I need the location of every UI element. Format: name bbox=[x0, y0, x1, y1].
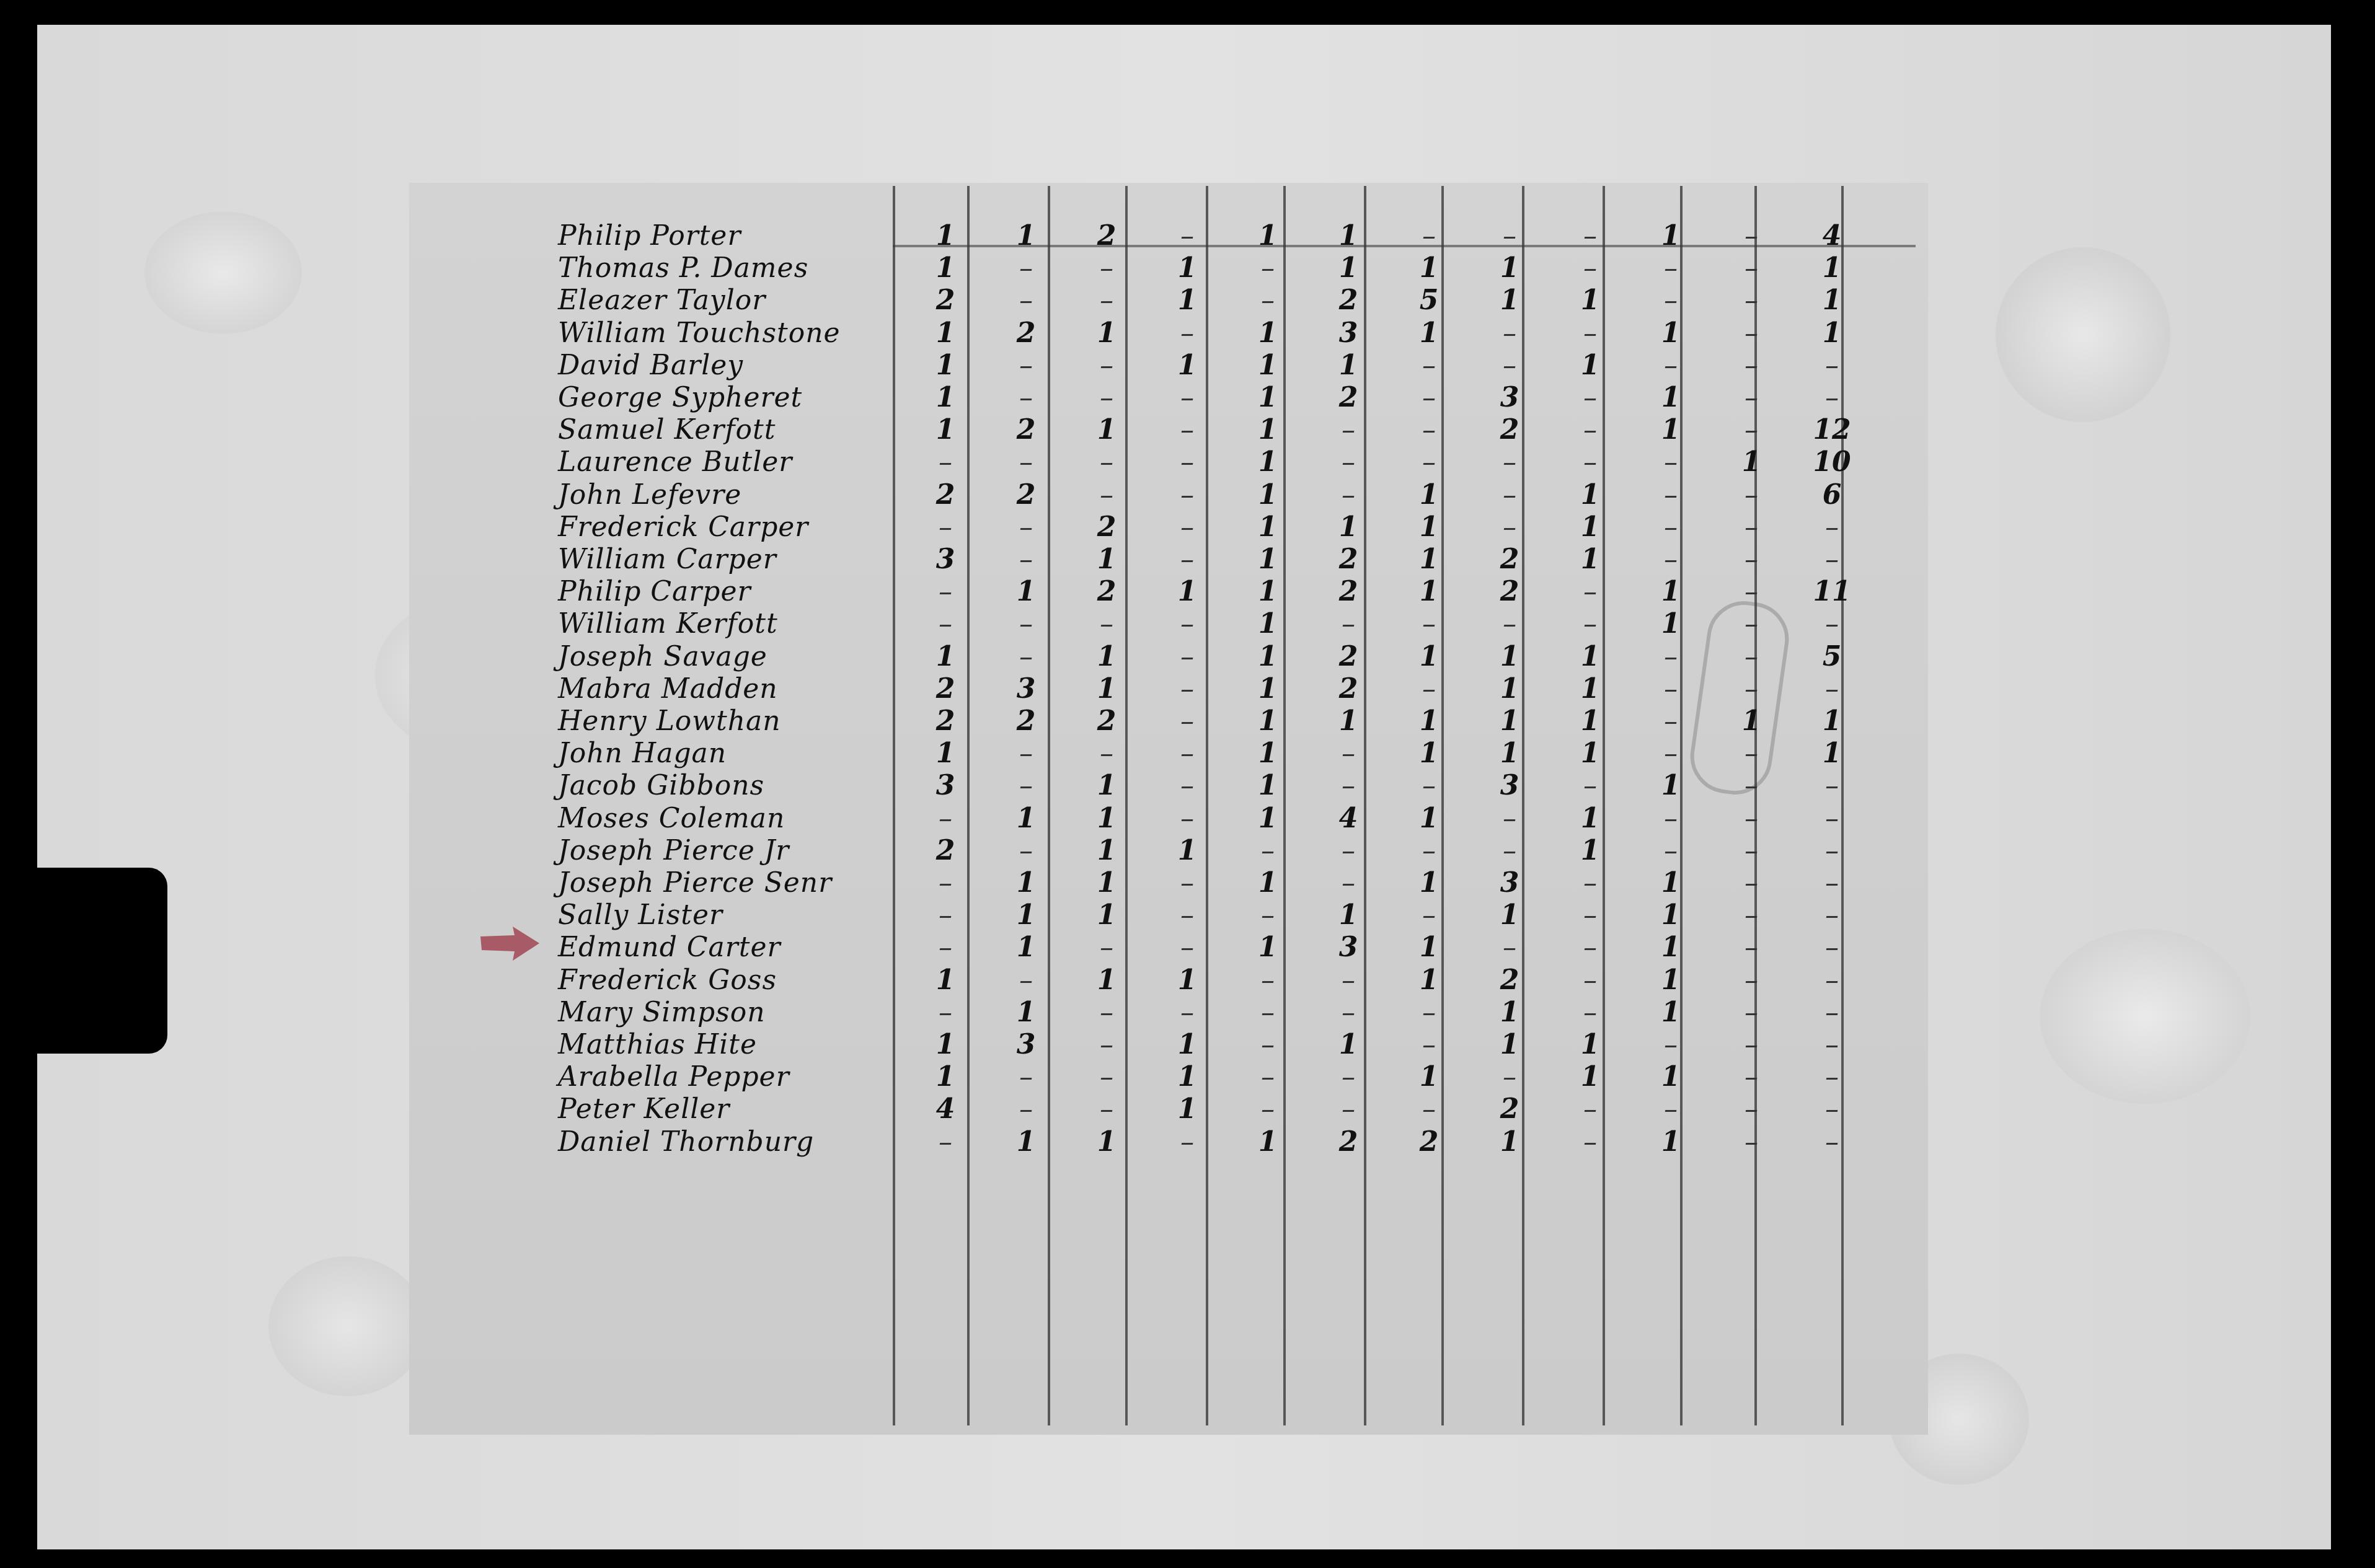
tally-cell: – bbox=[1711, 641, 1792, 673]
tally-cell: – bbox=[986, 964, 1066, 997]
tally-cell: 1 bbox=[1550, 284, 1630, 317]
table-row: Joseph Pierce Jr2–11––––1––– bbox=[558, 835, 1922, 867]
table-row: Thomas P. Dames1––1–111–––1 bbox=[558, 252, 1922, 284]
tally-cell: – bbox=[1792, 1093, 1872, 1125]
tally-cell: 1 bbox=[1066, 899, 1147, 932]
tally-cell: – bbox=[1469, 932, 1550, 964]
tally-cell: – bbox=[1550, 252, 1630, 284]
tally-cell: – bbox=[1792, 1029, 1872, 1061]
tally-cell: – bbox=[905, 899, 986, 932]
tally-cell: 1 bbox=[1550, 803, 1630, 835]
tally-cell: – bbox=[1550, 997, 1630, 1029]
census-table: Philip Porter112–11–––1–4Thomas P. Dames… bbox=[558, 186, 1922, 1425]
tally-cell: – bbox=[1792, 770, 1872, 802]
household-name: Philip Porter bbox=[558, 220, 893, 252]
tally-cell: – bbox=[905, 932, 986, 964]
tally-cell: – bbox=[1227, 997, 1308, 1029]
tally-cell: 1 bbox=[1227, 414, 1308, 446]
tally-cell: – bbox=[905, 446, 986, 478]
tally-cell: 1 bbox=[1227, 382, 1308, 414]
tally-cell: 1 bbox=[905, 382, 986, 414]
tally-cell: – bbox=[1147, 220, 1227, 252]
tally-cell: – bbox=[1308, 414, 1389, 446]
tally-cell: – bbox=[1550, 414, 1630, 446]
table-row: Sally Lister–11––1–1–1–– bbox=[558, 899, 1922, 932]
tally-cell: – bbox=[1469, 350, 1550, 382]
table-row: Arabella Pepper1––1––1–11–– bbox=[558, 1061, 1922, 1093]
tally-cell: 1 bbox=[905, 350, 986, 382]
tally-cell: 3 bbox=[986, 1029, 1066, 1061]
tally-cell: – bbox=[1147, 738, 1227, 770]
tally-cell: 1 bbox=[1227, 220, 1308, 252]
tally-cell: 4 bbox=[905, 1093, 986, 1125]
tally-cell: – bbox=[1711, 770, 1792, 802]
household-name: George Sypheret bbox=[558, 382, 893, 414]
tally-cell: 1 bbox=[1630, 1126, 1711, 1158]
tally-cell: 3 bbox=[905, 770, 986, 802]
tally-cell: 1 bbox=[1550, 511, 1630, 544]
tally-cell: 1 bbox=[1792, 252, 1872, 284]
tally-cell: – bbox=[1147, 867, 1227, 899]
tally-cell: 1 bbox=[1308, 350, 1389, 382]
household-name: Jacob Gibbons bbox=[558, 770, 893, 802]
tally-cell: – bbox=[1389, 997, 1469, 1029]
tally-cell: – bbox=[1389, 220, 1469, 252]
tally-cell: – bbox=[1147, 1126, 1227, 1158]
tally-cell: – bbox=[1711, 350, 1792, 382]
tally-cell: 1 bbox=[1630, 997, 1711, 1029]
tally-cell: 1 bbox=[1308, 705, 1389, 738]
household-name: Arabella Pepper bbox=[558, 1061, 893, 1093]
tally-cell: 4 bbox=[1792, 220, 1872, 252]
household-name: William Carper bbox=[558, 544, 893, 576]
tally-cell: – bbox=[1389, 673, 1469, 705]
tally-cell: – bbox=[905, 511, 986, 544]
tally-cell: – bbox=[1066, 479, 1147, 511]
table-row: Joseph Savage1–1–12111––5 bbox=[558, 641, 1922, 673]
tally-cell: 1 bbox=[1066, 867, 1147, 899]
tally-cell: 1 bbox=[1227, 770, 1308, 802]
tally-cell: – bbox=[1630, 1029, 1711, 1061]
tally-cell: – bbox=[1792, 899, 1872, 932]
tally-cell: 1 bbox=[1227, 1126, 1308, 1158]
tally-cell: – bbox=[1630, 446, 1711, 478]
tally-cell: – bbox=[986, 608, 1066, 640]
tally-cell: 1 bbox=[905, 1061, 986, 1093]
tally-cell: – bbox=[1147, 544, 1227, 576]
household-name: Eleazer Taylor bbox=[558, 284, 893, 317]
tally-cell: 1 bbox=[986, 867, 1066, 899]
tally-cell: 1 bbox=[1469, 673, 1550, 705]
tally-cell: – bbox=[1469, 446, 1550, 478]
tally-cell: – bbox=[1147, 803, 1227, 835]
tally-cell: – bbox=[1711, 1126, 1792, 1158]
tally-cell: – bbox=[1147, 997, 1227, 1029]
tally-cell: 1 bbox=[1711, 446, 1792, 478]
tally-cell: 1 bbox=[1227, 350, 1308, 382]
tally-cell: – bbox=[905, 997, 986, 1029]
household-name: Philip Carper bbox=[558, 576, 893, 608]
tally-cell: – bbox=[1066, 608, 1147, 640]
film-tab-notch bbox=[37, 868, 167, 1054]
tally-cell: 1 bbox=[905, 317, 986, 350]
tally-cell: 1 bbox=[1469, 1029, 1550, 1061]
tally-cell: 1 bbox=[1389, 932, 1469, 964]
tally-cell: 3 bbox=[1469, 770, 1550, 802]
tally-cell: – bbox=[1469, 511, 1550, 544]
tally-cell: – bbox=[1389, 1093, 1469, 1125]
tally-cell: – bbox=[1469, 1061, 1550, 1093]
tally-cell: – bbox=[1227, 1029, 1308, 1061]
tally-cell: 1 bbox=[1630, 964, 1711, 997]
tally-cell: 1 bbox=[1630, 1061, 1711, 1093]
table-row: Laurence Butler––––1–––––110 bbox=[558, 446, 1922, 478]
tally-cell: 1 bbox=[1066, 1126, 1147, 1158]
table-row: William Kerfott––––1––––1–– bbox=[558, 608, 1922, 640]
tally-cell: 1 bbox=[1792, 738, 1872, 770]
tally-cell: 1 bbox=[1227, 479, 1308, 511]
tally-cell: – bbox=[1792, 803, 1872, 835]
tally-cell: – bbox=[1711, 673, 1792, 705]
tally-cell: – bbox=[986, 544, 1066, 576]
tally-cell: – bbox=[1066, 446, 1147, 478]
tally-cell: – bbox=[1308, 479, 1389, 511]
tally-cell: – bbox=[1227, 899, 1308, 932]
table-row: Samuel Kerfott121–1––2–1–12 bbox=[558, 414, 1922, 446]
tally-cell: 1 bbox=[1630, 414, 1711, 446]
tally-cell: – bbox=[986, 446, 1066, 478]
tally-cell: – bbox=[986, 738, 1066, 770]
tally-cell: 1 bbox=[1469, 705, 1550, 738]
tally-cell: – bbox=[1147, 899, 1227, 932]
tally-cell: 3 bbox=[986, 673, 1066, 705]
tally-cell: 1 bbox=[1389, 705, 1469, 738]
tally-cell: 1 bbox=[986, 899, 1066, 932]
tally-cell: – bbox=[1550, 899, 1630, 932]
tally-cell: 1 bbox=[1147, 1093, 1227, 1125]
tally-cell: 1 bbox=[1227, 544, 1308, 576]
tally-cell: – bbox=[1792, 964, 1872, 997]
tally-cell: – bbox=[1711, 867, 1792, 899]
tally-cell: – bbox=[1792, 835, 1872, 867]
table-row: Moses Coleman–11–141–1––– bbox=[558, 803, 1922, 835]
tally-cell: – bbox=[1066, 284, 1147, 317]
tally-cell: – bbox=[1550, 867, 1630, 899]
tally-cell: – bbox=[1147, 414, 1227, 446]
table-row: John Hagan1–––1–111––1 bbox=[558, 738, 1922, 770]
household-name: Sally Lister bbox=[558, 899, 893, 932]
table-row: Daniel Thornburg–11–1221–1–– bbox=[558, 1126, 1922, 1158]
tally-cell: – bbox=[1469, 220, 1550, 252]
tally-cell: – bbox=[1389, 770, 1469, 802]
tally-cell: – bbox=[1711, 932, 1792, 964]
tally-cell: 1 bbox=[1227, 511, 1308, 544]
tally-cell: – bbox=[1711, 382, 1792, 414]
tally-cell: 1 bbox=[1147, 350, 1227, 382]
household-name: William Touchstone bbox=[558, 317, 893, 350]
tally-cell: – bbox=[1711, 220, 1792, 252]
table-row: Matthias Hite13–1–1–11––– bbox=[558, 1029, 1922, 1061]
tally-cell: 1 bbox=[1227, 446, 1308, 478]
table-row: Jacob Gibbons3–1–1––3–1–– bbox=[558, 770, 1922, 802]
tally-cell: 1 bbox=[1066, 964, 1147, 997]
table-row: David Barley1––111––1––– bbox=[558, 350, 1922, 382]
tally-cell: 1 bbox=[1630, 899, 1711, 932]
tally-cell: 2 bbox=[986, 479, 1066, 511]
tally-cell: 1 bbox=[1550, 705, 1630, 738]
tally-cell: – bbox=[1792, 932, 1872, 964]
tally-cell: – bbox=[1711, 835, 1792, 867]
tally-cell: 1 bbox=[905, 964, 986, 997]
tally-cell: 2 bbox=[1469, 1093, 1550, 1125]
household-name: Mabra Madden bbox=[558, 673, 893, 705]
household-name: Frederick Carper bbox=[558, 511, 893, 544]
tally-cell: – bbox=[1630, 511, 1711, 544]
tally-cell: 11 bbox=[1792, 576, 1872, 608]
tally-cell: 1 bbox=[1389, 641, 1469, 673]
tally-cell: 1 bbox=[1308, 220, 1389, 252]
tally-cell: – bbox=[1711, 738, 1792, 770]
tally-cell: – bbox=[1792, 350, 1872, 382]
tally-cell: – bbox=[1711, 252, 1792, 284]
tally-cell: 2 bbox=[1308, 284, 1389, 317]
tally-cell: 1 bbox=[905, 414, 986, 446]
tally-cell: 1 bbox=[1308, 252, 1389, 284]
household-name: John Hagan bbox=[558, 738, 893, 770]
tally-cell: 1 bbox=[1550, 1029, 1630, 1061]
tally-cell: – bbox=[1308, 446, 1389, 478]
tally-cell: 1 bbox=[1066, 835, 1147, 867]
tally-cell: 1 bbox=[1389, 544, 1469, 576]
tally-cell: – bbox=[1630, 284, 1711, 317]
tally-cell: – bbox=[1711, 414, 1792, 446]
tally-cell: 2 bbox=[905, 705, 986, 738]
tally-cell: – bbox=[1792, 673, 1872, 705]
tally-cell: – bbox=[1066, 997, 1147, 1029]
tally-cell: 3 bbox=[1308, 317, 1389, 350]
tally-cell: – bbox=[1308, 997, 1389, 1029]
table-row: Mary Simpson–1–––––1–1–– bbox=[558, 997, 1922, 1029]
tally-cell: 1 bbox=[905, 1029, 986, 1061]
tally-cell: – bbox=[1389, 1029, 1469, 1061]
tally-cell: 1 bbox=[1227, 705, 1308, 738]
tally-cell: 2 bbox=[905, 835, 986, 867]
tally-cell: 1 bbox=[1792, 284, 1872, 317]
tally-cell: 1 bbox=[1630, 317, 1711, 350]
tally-cell: 1 bbox=[1389, 867, 1469, 899]
tally-cell: 2 bbox=[1308, 576, 1389, 608]
tally-cell: – bbox=[1711, 544, 1792, 576]
tally-cell: – bbox=[986, 511, 1066, 544]
tally-cell: 2 bbox=[1469, 576, 1550, 608]
table-row: Eleazer Taylor2––1–2511––1 bbox=[558, 284, 1922, 317]
table-row: Joseph Pierce Senr–11–1–13–1–– bbox=[558, 867, 1922, 899]
tally-cell: 2 bbox=[1469, 964, 1550, 997]
table-row: George Sypheret1–––12–3–1–– bbox=[558, 382, 1922, 414]
tally-cell: – bbox=[1308, 964, 1389, 997]
household-name: Joseph Pierce Jr bbox=[558, 835, 893, 867]
household-name: Matthias Hite bbox=[558, 1029, 893, 1061]
tally-cell: 1 bbox=[1308, 1029, 1389, 1061]
tally-cell: 1 bbox=[1389, 576, 1469, 608]
tally-cell: – bbox=[1389, 382, 1469, 414]
tally-cell: 1 bbox=[1550, 544, 1630, 576]
tally-cell: 1 bbox=[1469, 997, 1550, 1029]
tally-cell: – bbox=[1066, 1093, 1147, 1125]
household-name: Joseph Pierce Senr bbox=[558, 867, 893, 899]
tally-cell: 2 bbox=[986, 414, 1066, 446]
tally-cell: 1 bbox=[1792, 317, 1872, 350]
tally-cell: 1 bbox=[1147, 576, 1227, 608]
tally-cell: – bbox=[1550, 220, 1630, 252]
tally-cell: 1 bbox=[1630, 576, 1711, 608]
tally-cell: – bbox=[986, 641, 1066, 673]
tally-cell: 1 bbox=[1066, 673, 1147, 705]
tally-cell: 1 bbox=[1469, 899, 1550, 932]
tally-cell: – bbox=[1066, 738, 1147, 770]
household-name: Thomas P. Dames bbox=[558, 252, 893, 284]
tally-cell: – bbox=[1308, 867, 1389, 899]
tally-cell: 1 bbox=[1227, 608, 1308, 640]
tally-cell: – bbox=[1308, 608, 1389, 640]
tally-cell: 2 bbox=[1308, 1126, 1389, 1158]
household-name: Edmund Carter bbox=[558, 932, 893, 964]
tally-cell: – bbox=[1147, 641, 1227, 673]
tally-cell: – bbox=[1792, 544, 1872, 576]
table-row: William Touchstone121–131––1–1 bbox=[558, 317, 1922, 350]
household-name: Joseph Savage bbox=[558, 641, 893, 673]
tally-cell: – bbox=[986, 770, 1066, 802]
tally-cell: – bbox=[905, 576, 986, 608]
tally-cell: – bbox=[1147, 511, 1227, 544]
tally-cell: 1 bbox=[905, 641, 986, 673]
tally-cell: 5 bbox=[1389, 284, 1469, 317]
tally-cell: – bbox=[1066, 382, 1147, 414]
tally-cell: – bbox=[986, 835, 1066, 867]
tally-cell: – bbox=[905, 608, 986, 640]
tally-cell: 2 bbox=[905, 284, 986, 317]
tally-cell: – bbox=[1792, 1126, 1872, 1158]
table-row: Edmund Carter–1––131––1–– bbox=[558, 932, 1922, 964]
tally-cell: 1 bbox=[1389, 511, 1469, 544]
tally-cell: 3 bbox=[1308, 932, 1389, 964]
tally-cell: 1 bbox=[1469, 1126, 1550, 1158]
tally-cell: 1 bbox=[1389, 1061, 1469, 1093]
tally-cell: – bbox=[986, 252, 1066, 284]
tally-cell: 1 bbox=[1389, 738, 1469, 770]
tally-cell: – bbox=[1308, 835, 1389, 867]
tally-cell: – bbox=[1389, 899, 1469, 932]
tally-cell: 1 bbox=[1227, 576, 1308, 608]
tally-cell: – bbox=[1227, 1093, 1308, 1125]
tally-cell: 2 bbox=[1469, 544, 1550, 576]
tally-cell: – bbox=[986, 284, 1066, 317]
tally-cell: – bbox=[1147, 673, 1227, 705]
tally-cell: 1 bbox=[1227, 867, 1308, 899]
tally-cell: 1 bbox=[1147, 1029, 1227, 1061]
tally-cell: 1 bbox=[1550, 835, 1630, 867]
tally-cell: – bbox=[1469, 479, 1550, 511]
tally-cell: – bbox=[1792, 997, 1872, 1029]
tally-cell: – bbox=[1792, 511, 1872, 544]
tally-cell: 1 bbox=[986, 1126, 1066, 1158]
tally-cell: 1 bbox=[986, 997, 1066, 1029]
tally-cell: – bbox=[1711, 964, 1792, 997]
tally-cell: – bbox=[1550, 770, 1630, 802]
tally-cell: 2 bbox=[1066, 705, 1147, 738]
tally-cell: – bbox=[1550, 446, 1630, 478]
tally-cell: – bbox=[1711, 899, 1792, 932]
tally-cell: – bbox=[905, 867, 986, 899]
tally-cell: – bbox=[1630, 350, 1711, 382]
household-name: John Lefevre bbox=[558, 479, 893, 511]
tally-cell: 2 bbox=[1066, 576, 1147, 608]
tally-cell: – bbox=[1792, 867, 1872, 899]
tally-cell: – bbox=[1711, 284, 1792, 317]
tally-cell: – bbox=[1711, 608, 1792, 640]
tally-cell: – bbox=[1469, 803, 1550, 835]
tally-cell: – bbox=[986, 382, 1066, 414]
tally-cell: – bbox=[1630, 479, 1711, 511]
tally-cell: – bbox=[1147, 932, 1227, 964]
tally-cell: 1 bbox=[1630, 932, 1711, 964]
tally-cell: – bbox=[905, 803, 986, 835]
tally-cell: 1 bbox=[1066, 770, 1147, 802]
tally-cell: – bbox=[986, 1061, 1066, 1093]
tally-cell: – bbox=[1147, 479, 1227, 511]
tally-cell: – bbox=[1469, 317, 1550, 350]
tally-cell: 1 bbox=[1630, 608, 1711, 640]
tally-cell: 1 bbox=[1227, 803, 1308, 835]
tally-cell: – bbox=[1711, 1029, 1792, 1061]
tally-cell: – bbox=[1792, 1061, 1872, 1093]
tally-cell: 2 bbox=[905, 479, 986, 511]
tally-cell: – bbox=[1630, 641, 1711, 673]
tally-cell: – bbox=[1308, 1093, 1389, 1125]
tally-cell: – bbox=[1469, 608, 1550, 640]
tally-cell: – bbox=[1711, 511, 1792, 544]
household-name: Laurence Butler bbox=[558, 446, 893, 478]
tally-cell: 1 bbox=[1469, 252, 1550, 284]
table-row: Mabra Madden231–12–11––– bbox=[558, 673, 1922, 705]
household-name: Mary Simpson bbox=[558, 997, 893, 1029]
tally-cell: – bbox=[1630, 705, 1711, 738]
tally-cell: 1 bbox=[1630, 220, 1711, 252]
tally-cell: 1 bbox=[905, 220, 986, 252]
household-name: Daniel Thornburg bbox=[558, 1126, 893, 1158]
household-name: Moses Coleman bbox=[558, 803, 893, 835]
tally-cell: – bbox=[1389, 350, 1469, 382]
tally-cell: 1 bbox=[1066, 544, 1147, 576]
tally-cell: – bbox=[1550, 382, 1630, 414]
tally-cell: 1 bbox=[1227, 673, 1308, 705]
tally-cell: – bbox=[1630, 738, 1711, 770]
household-name: Samuel Kerfott bbox=[558, 414, 893, 446]
tally-cell: 1 bbox=[986, 803, 1066, 835]
tally-cell: 1 bbox=[1147, 964, 1227, 997]
tally-cell: – bbox=[1711, 997, 1792, 1029]
tally-cell: – bbox=[1147, 382, 1227, 414]
tally-cell: – bbox=[1711, 317, 1792, 350]
tally-cell: 3 bbox=[1469, 382, 1550, 414]
table-row: Philip Porter112–11–––1–4 bbox=[558, 220, 1922, 252]
household-name: David Barley bbox=[558, 350, 893, 382]
tally-cell: – bbox=[1630, 835, 1711, 867]
tally-cell: – bbox=[1550, 1093, 1630, 1125]
tally-cell: – bbox=[1550, 932, 1630, 964]
table-row: Peter Keller4––1–––2–––– bbox=[558, 1093, 1922, 1125]
tally-cell: – bbox=[1147, 770, 1227, 802]
